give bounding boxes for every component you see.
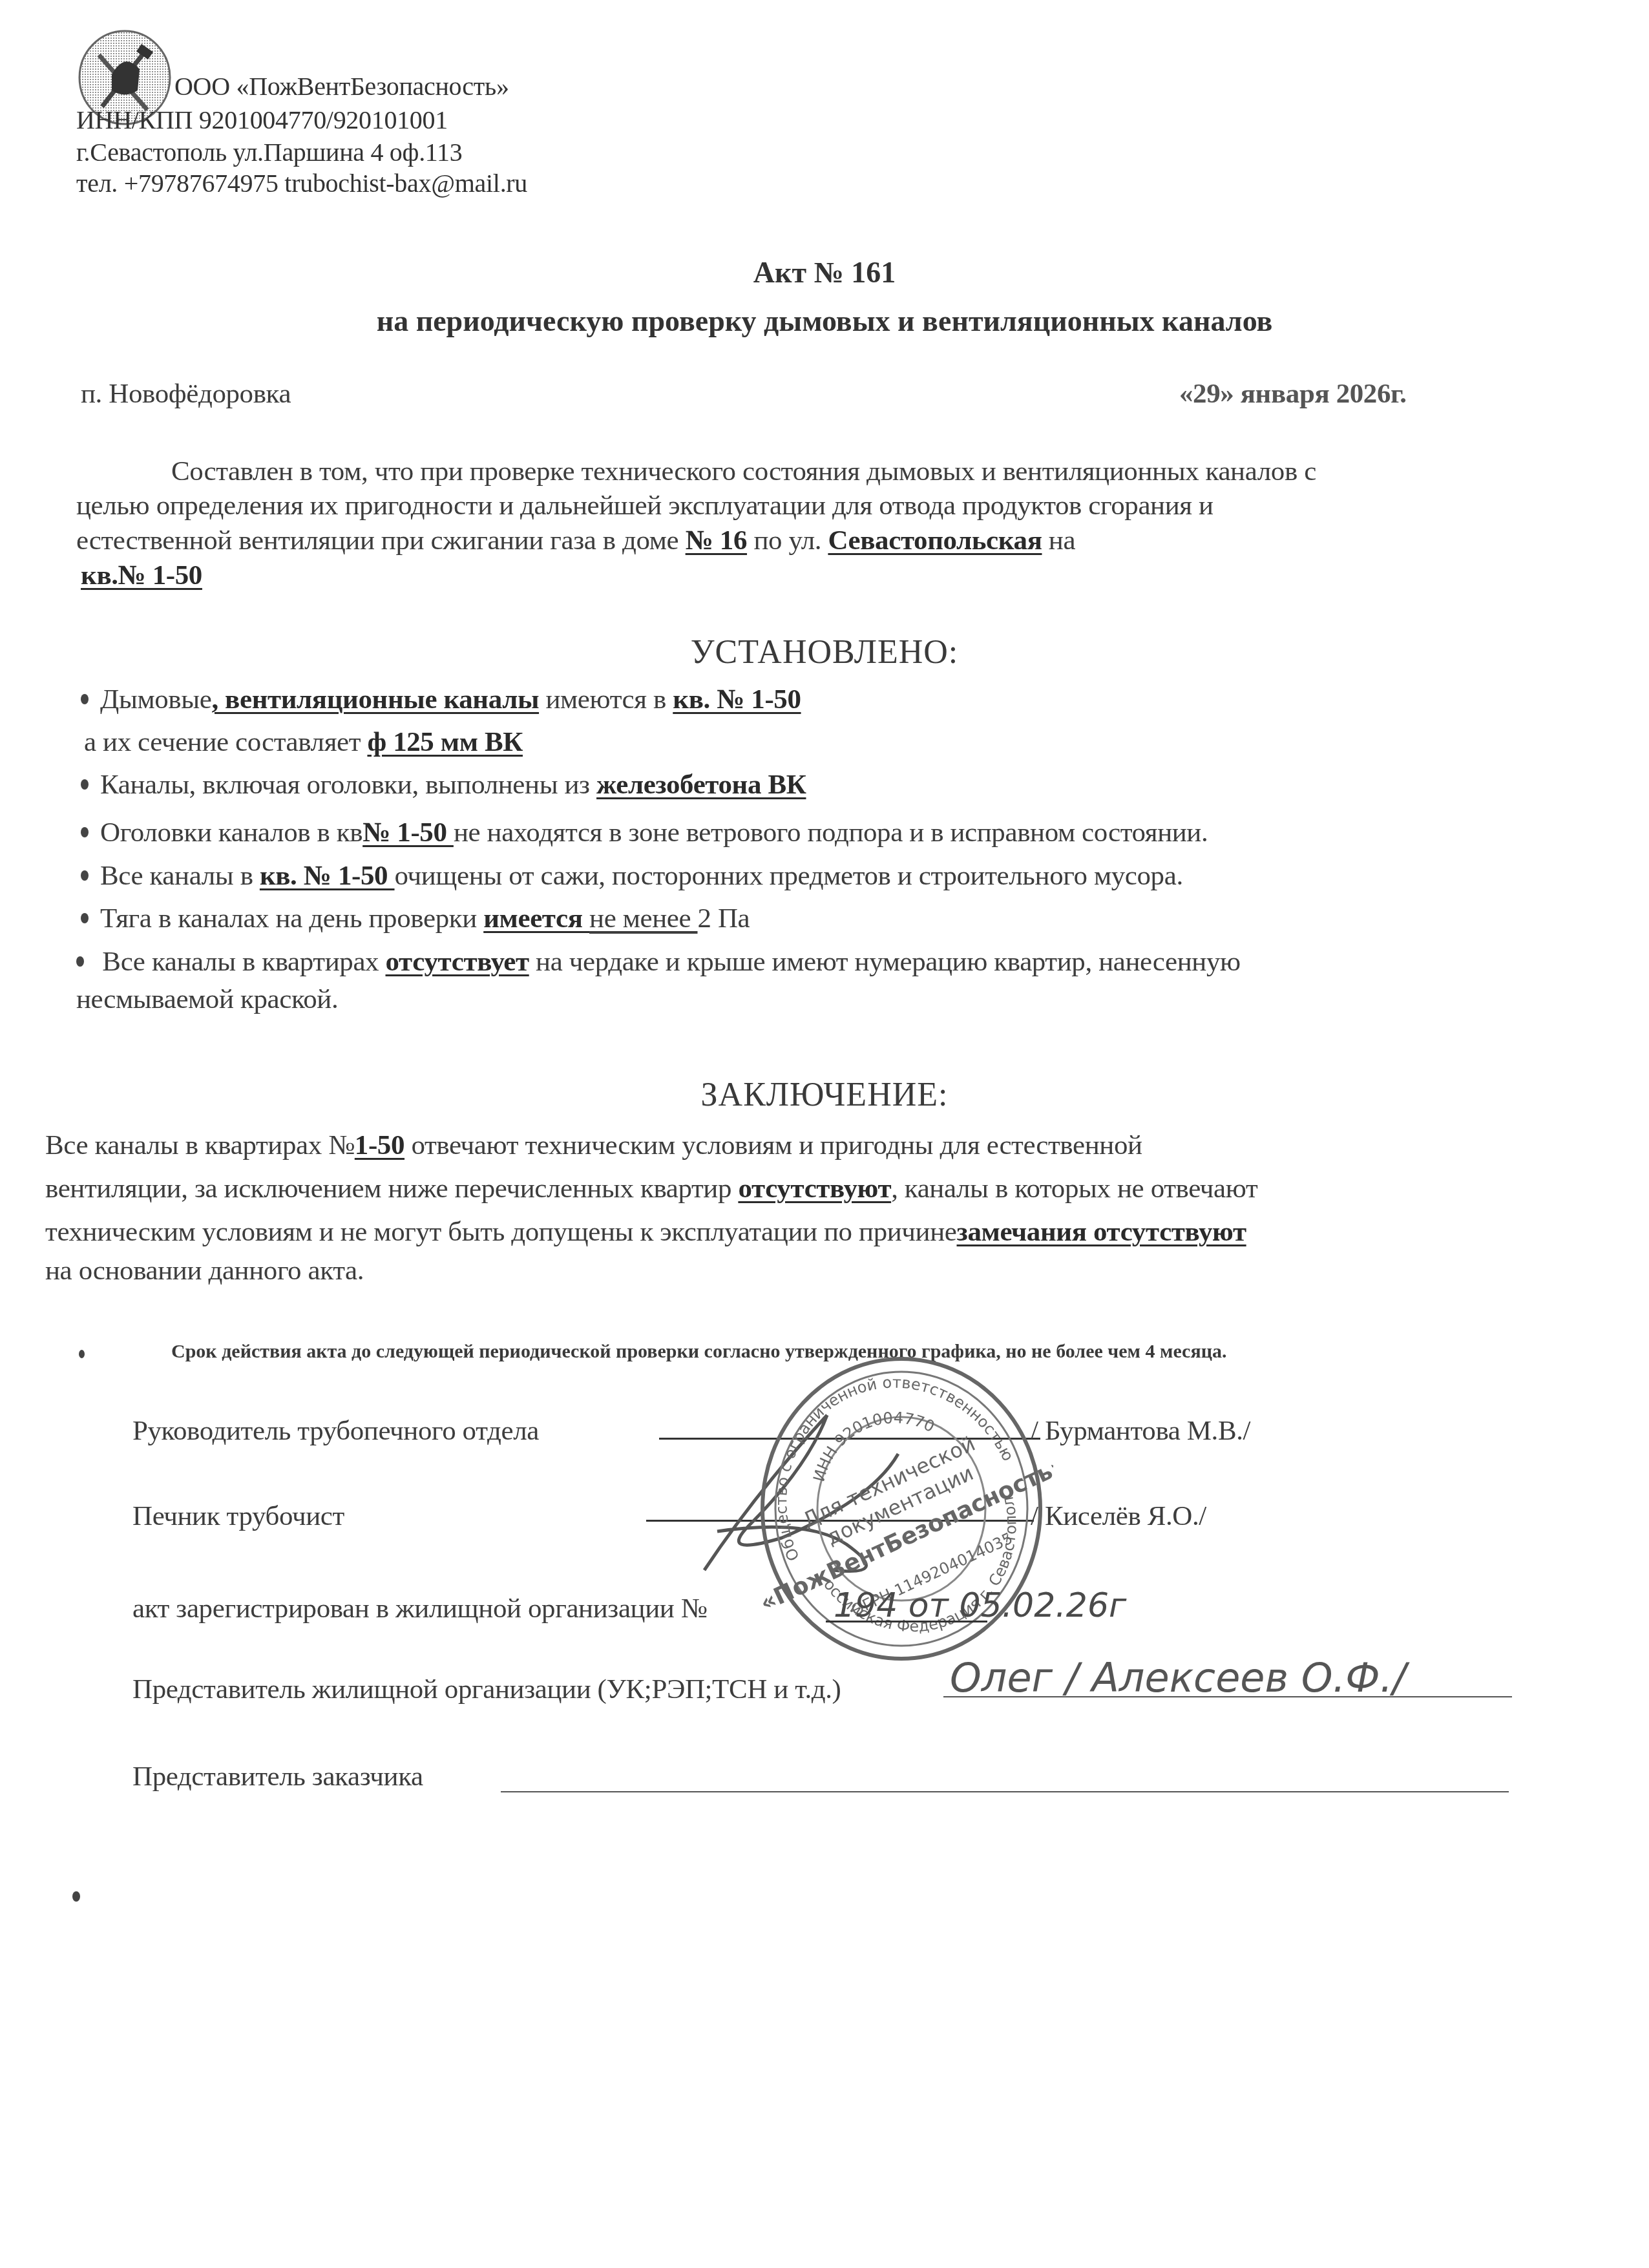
conclusion-value: замечания отсутствуют <box>957 1217 1246 1247</box>
conclusion-value: 1-50 <box>355 1130 404 1160</box>
established-item: Каналы, включая оголовки, выполнены из ж… <box>81 769 806 801</box>
housing-rep-signature: Олег / Алексеев О.Ф./ <box>950 1654 1406 1701</box>
conclusion-line-4: на основании данного акта. <box>45 1255 364 1286</box>
housing-org-rep-label: Представитель жилищной организации (УК;Р… <box>132 1674 841 1705</box>
conclusion-text: отвечают техническим условиям и пригодны… <box>404 1130 1142 1160</box>
registration-label: акт зарегистрирован в жилищной организац… <box>132 1593 707 1624</box>
conclusion-value: отсутствуют <box>738 1173 891 1204</box>
item-text: а их сечение составляет <box>84 727 367 757</box>
intro-text: по ул. <box>753 525 828 556</box>
item-value: кв. № 1-50 <box>673 684 801 715</box>
bullet-icon <box>72 1891 80 1902</box>
chimney-sweep-name: / Киселёв Я.О./ <box>1031 1500 1206 1532</box>
item-text: очищены от сажи, посторонних предметов и… <box>395 861 1183 891</box>
item-text: Все каналы в <box>100 861 260 891</box>
conclusion-line-3: техническим условиям и не могут быть доп… <box>45 1216 1246 1248</box>
conclusion-line-1: Все каналы в квартирах №1-50 отвечают те… <box>45 1129 1142 1161</box>
item-text: на чердаке и крыше имеют нумерацию кварт… <box>529 947 1241 977</box>
act-place: п. Новофёдоровка <box>81 378 291 410</box>
item-value: отсутствует <box>386 947 529 977</box>
item-text: несмываемой краской. <box>76 984 338 1014</box>
bullet-icon <box>81 870 89 881</box>
act-subtitle: на периодическую проверку дымовых и вент… <box>0 304 1649 338</box>
item-text: 2 Па <box>698 903 750 934</box>
house-number: № 16 <box>686 525 747 556</box>
item-value: кв. № 1-50 <box>260 861 395 891</box>
bullet-icon <box>81 827 89 837</box>
bullet-icon <box>81 694 89 704</box>
item-text: имеются в <box>539 684 673 715</box>
section-heading-conclusion: ЗАКЛЮЧЕНИЕ: <box>0 1076 1649 1114</box>
established-item: Тяга в каналах на день проверки имеется … <box>81 903 750 934</box>
head-of-department-label: Руководитель трубопечного отдела <box>132 1415 539 1447</box>
street-name: Севастопольская <box>828 525 1042 556</box>
validity-bullet <box>79 1350 96 1362</box>
org-name: ООО «ПожВентБезопасность» <box>174 71 509 101</box>
intro-line-1: Составлен в том, что при проверке технич… <box>171 456 1316 487</box>
bullet-icon <box>76 956 84 967</box>
item-text: Оголовки каналов в кв <box>100 817 362 848</box>
item-value: № 1-50 <box>362 817 454 848</box>
validity-note: Срок действия акта до следующей периодич… <box>171 1341 1226 1363</box>
established-item: Оголовки каналов в кв№ 1-50 не находятся… <box>81 817 1208 848</box>
item-value: ф 125 мм ВК <box>367 727 523 757</box>
bullet-icon <box>79 1350 85 1358</box>
customer-rep-label: Представитель заказчика <box>132 1761 423 1792</box>
bullet-icon <box>81 779 89 790</box>
section-heading-established: УСТАНОВЛЕНО: <box>0 633 1649 671</box>
conclusion-text: вентиляции, за исключением ниже перечисл… <box>45 1173 738 1204</box>
item-value: железобетона ВК <box>596 770 806 800</box>
intro-text: на <box>1042 525 1076 556</box>
svg-text:Общество с ограниченной ответс: Общество с ограниченной ответственностью <box>750 1347 1018 1564</box>
org-contact: тел. +79787674975 trubochist-bax@mail.ru <box>76 168 527 198</box>
item-text: Дымовые <box>100 684 211 715</box>
item-text: Тяга в каналах на день проверки <box>100 903 483 934</box>
item-value: имеется <box>483 903 589 934</box>
conclusion-text: Все каналы в квартирах № <box>45 1130 355 1160</box>
intro-line-2: целью определения их пригодности и дальн… <box>76 490 1213 521</box>
established-item: Все каналы в кв. № 1-50 очищены от сажи,… <box>81 860 1183 892</box>
intro-line-4: кв.№ 1-50 <box>81 560 202 591</box>
org-address: г.Севастополь ул.Паршина 4 оф.113 <box>76 137 462 167</box>
item-text: Каналы, включая оголовки, выполнены из <box>100 770 596 800</box>
act-date: «29» января 2026г. <box>1179 378 1407 410</box>
established-item: несмываемой краской. <box>76 983 338 1015</box>
item-text: Все каналы в квартирах <box>96 947 386 977</box>
registration-value: 194 от 05.02.26г <box>834 1586 1126 1625</box>
item-text: не находятся в зоне ветрового подпора и … <box>454 817 1208 848</box>
item-text: не менее <box>589 903 697 934</box>
conclusion-line-2: вентиляции, за исключением ниже перечисл… <box>45 1173 1257 1204</box>
head-of-department-name: / Бурмантова М.В./ <box>1031 1415 1250 1447</box>
empty-bullet <box>72 1893 92 1905</box>
conclusion-text: , каналы в которых не отвечают <box>891 1173 1257 1204</box>
conclusion-text: техническим условиям и не могут быть доп… <box>45 1217 957 1247</box>
act-number-title: Акт № 161 <box>0 255 1649 289</box>
established-item: Дымовые, вентиляционные каналы имеются в… <box>81 684 801 715</box>
apartment-range: кв.№ 1-50 <box>81 560 202 591</box>
established-item: Все каналы в квартирах отсутствует на че… <box>76 946 1241 978</box>
intro-line-3: естественной вентиляции при сжигании газ… <box>76 525 1075 556</box>
intro-text: естественной вентиляции при сжигании газ… <box>76 525 686 556</box>
chimney-sweep-label: Печник трубочист <box>132 1500 344 1532</box>
org-inn-kpp: ИНН/КПП 9201004770/920101001 <box>76 105 448 135</box>
established-item: а их сечение составляет ф 125 мм ВК <box>84 726 523 758</box>
bullet-icon <box>81 913 89 923</box>
customer-rep-signature-line[interactable] <box>501 1791 1509 1792</box>
item-value: , вентиляционные каналы <box>211 684 539 715</box>
